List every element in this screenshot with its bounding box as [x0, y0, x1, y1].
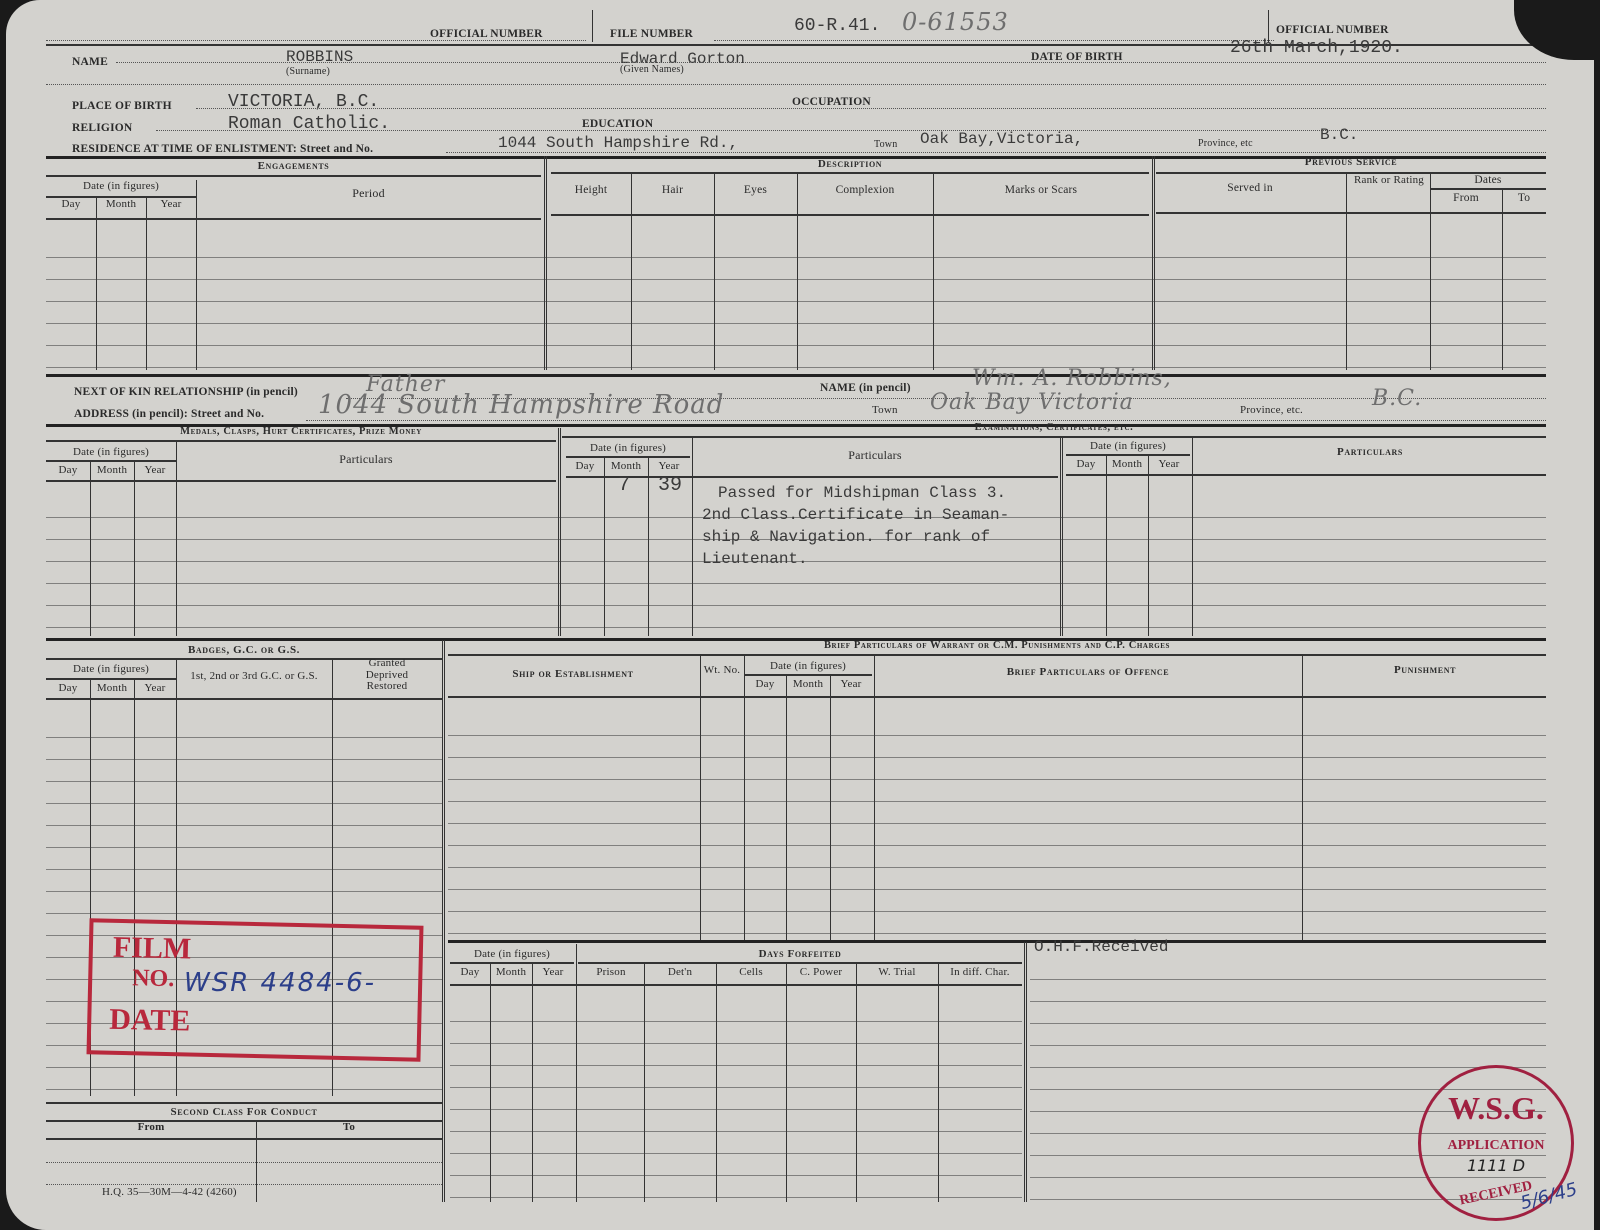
c-power-header: C. Power	[786, 966, 856, 978]
divider	[116, 62, 1546, 63]
punishments-title: Brief Particulars of Warrant or C.M. Pun…	[448, 640, 1546, 651]
medals-particulars-header: Particulars	[176, 452, 556, 467]
divider	[551, 172, 1149, 174]
service-record-card: OFFICIAL NUMBER FILE NUMBER 60-R.41. 0-6…	[6, 0, 1594, 1230]
description-height-header: Height	[551, 184, 631, 196]
medals-month-header: Month	[90, 464, 134, 476]
town-value: Oak Bay,Victoria,	[920, 130, 1083, 148]
nok-province-value: B.C.	[1372, 386, 1422, 411]
divider	[46, 175, 541, 177]
description-eyes-header: Eyes	[714, 184, 797, 196]
exam-entry-year: 39	[658, 474, 682, 497]
no-word: NO.	[132, 965, 175, 993]
second-class-title: Second Class For Conduct	[46, 1106, 442, 1118]
divider	[446, 152, 1546, 153]
dotted-rows	[46, 496, 1546, 636]
torn-corner	[1514, 0, 1594, 60]
divider	[744, 674, 872, 676]
exam-date-header: Date (in figures)	[566, 442, 690, 454]
badges-gc-header: 1st, 2nd or 3rd G.C. or G.S.	[184, 670, 324, 682]
nok-town-value: Oak Bay Victoria	[930, 390, 1134, 415]
name-label: NAME	[72, 56, 108, 68]
second-class-to-header: To	[256, 1121, 442, 1133]
divider	[46, 1138, 442, 1140]
religion-label: RELIGION	[72, 122, 132, 134]
divider	[714, 40, 1274, 41]
exam-right-particulars-header: Particulars	[1194, 446, 1546, 458]
exam-month-header: Month	[604, 460, 648, 472]
cells-header: Cells	[716, 966, 786, 978]
prison-header: Prison	[578, 966, 644, 978]
divider	[566, 456, 690, 458]
divider	[46, 1162, 442, 1163]
divider	[592, 10, 593, 42]
nok-address-label: ADDRESS (in pencil): Street and No.	[74, 408, 264, 420]
badges-month-header: Month	[90, 682, 134, 694]
film-number: WSR 4484-6-	[184, 968, 376, 998]
divider	[46, 698, 442, 700]
divider	[256, 1120, 257, 1202]
days-forfeited-title: Days Forfeited	[578, 948, 1022, 960]
nok-name-label: NAME (in pencil)	[820, 382, 911, 394]
wsg-title: W.S.G.	[1421, 1090, 1571, 1127]
film-word: FILM	[113, 931, 192, 967]
surname-caption: (Surname)	[286, 66, 330, 77]
divider	[1024, 942, 1027, 1202]
medals-day-header: Day	[46, 464, 90, 476]
detn-header: Det'n	[644, 966, 716, 978]
examinations-title: Examinations, Certificates, etc.	[562, 422, 1546, 433]
engagements-day-header: Day	[46, 198, 96, 210]
engagements-title: Engagements	[46, 160, 541, 172]
forfeit-day-header: Day	[450, 966, 490, 978]
divider	[46, 218, 541, 220]
divider	[448, 654, 1546, 656]
nok-province-label: Province, etc.	[1240, 404, 1303, 416]
province-label: Province, etc	[1198, 138, 1253, 149]
dates-header: Dates	[1430, 174, 1546, 186]
rank-header: Rank or Rating	[1351, 174, 1427, 186]
badges-date-header: Date (in figures)	[46, 663, 176, 675]
divider	[46, 84, 1546, 85]
divider	[551, 214, 1149, 216]
divider	[1430, 188, 1546, 190]
given-names-caption: (Given Names)	[620, 64, 684, 75]
nok-relationship-label: NEXT OF KIN RELATIONSHIP (in pencil)	[74, 386, 298, 398]
dotted-rows	[450, 1000, 1022, 1202]
ohf-received-note: O.H.F.Received	[1034, 938, 1168, 956]
dotted-rows	[46, 236, 1546, 370]
education-label: EDUCATION	[582, 118, 653, 130]
description-marks-header: Marks or Scars	[933, 184, 1149, 196]
divider	[46, 480, 556, 482]
wt-no-header: Wt. No.	[702, 664, 742, 676]
from-header: From	[1430, 192, 1502, 204]
divider	[46, 1184, 442, 1185]
second-class-from-header: From	[46, 1121, 256, 1133]
punishment-header: Punishment	[1304, 664, 1546, 676]
exam-right-month-header: Month	[1106, 458, 1148, 470]
place-of-birth-label: PLACE OF BIRTH	[72, 100, 172, 112]
official-number-label: OFFICIAL NUMBER	[430, 28, 543, 40]
exam-entry-month: 7	[618, 474, 630, 497]
divider	[450, 962, 574, 964]
engagements-year-header: Year	[146, 198, 196, 210]
medals-title: Medals, Clasps, Hurt Certificates, Prize…	[46, 426, 556, 437]
exam-year-header: Year	[648, 460, 690, 472]
in-diff-char-header: In diff. Char.	[938, 966, 1022, 978]
punish-day-header: Day	[744, 678, 786, 690]
forfeit-date-header: Date (in figures)	[450, 948, 574, 960]
official-number-right-label: OFFICIAL NUMBER	[1276, 24, 1389, 36]
divider	[448, 696, 1546, 698]
divider	[442, 640, 445, 1202]
divider	[46, 440, 556, 442]
residence-label: RESIDENCE AT TIME OF ENLISTMENT: Street …	[72, 143, 373, 155]
description-title: Description	[551, 158, 1149, 170]
previous-service-title: Previous Service	[1156, 156, 1546, 168]
dob-value: 26th March,1920.	[1230, 38, 1403, 58]
offence-header: Brief Particulars of Offence	[874, 666, 1302, 678]
nok-name-value: Wm. A. Robbins,	[972, 366, 1172, 391]
badges-year-header: Year	[134, 682, 176, 694]
forfeit-month-header: Month	[490, 966, 532, 978]
divider	[1066, 454, 1190, 456]
town-label: Town	[874, 139, 897, 150]
nok-town-label: Town	[872, 404, 898, 416]
badges-title: Badges, G.C. or G.S.	[46, 644, 442, 656]
dotted-rows	[448, 714, 1546, 940]
exam-day-header: Day	[566, 460, 604, 472]
to-header: To	[1502, 192, 1546, 204]
divider	[46, 40, 586, 41]
medals-year-header: Year	[134, 464, 176, 476]
badges-granted-header: Granted Deprived Restored	[352, 658, 422, 693]
province-value: B.C.	[1320, 126, 1358, 144]
punish-month-header: Month	[786, 678, 830, 690]
engagements-date-header: Date (in figures)	[46, 180, 196, 192]
medals-date-header: Date (in figures)	[46, 446, 176, 458]
ship-header: Ship or Establishment	[448, 668, 698, 680]
place-of-birth-value: VICTORIA, B.C.	[228, 92, 379, 112]
exam-particulars-header: Particulars	[692, 448, 1058, 463]
forfeit-year-header: Year	[532, 966, 574, 978]
divider	[306, 420, 1546, 421]
exam-right-year-header: Year	[1148, 458, 1190, 470]
wsg-application: APPLICATION	[1421, 1138, 1571, 1154]
file-number-value: 60-R.41.	[794, 16, 880, 36]
punish-date-header: Date (in figures)	[744, 660, 872, 672]
divider	[46, 678, 176, 680]
engagements-period-header: Period	[196, 186, 541, 201]
exam-right-day-header: Day	[1066, 458, 1106, 470]
divider	[46, 1102, 442, 1104]
residence-street: 1044 South Hampshire Rd.,	[498, 134, 738, 152]
divider	[566, 476, 1058, 478]
divider	[562, 436, 1546, 438]
form-code: H.Q. 35—30M—4-42 (4260)	[102, 1186, 237, 1198]
w-trial-header: W. Trial	[856, 966, 938, 978]
divider	[46, 374, 1546, 377]
exam-right-date-header: Date (in figures)	[1066, 440, 1190, 452]
punish-year-header: Year	[830, 678, 872, 690]
served-in-header: Served in	[1156, 182, 1344, 194]
file-number-label: FILE NUMBER	[610, 28, 693, 40]
religion-value: Roman Catholic.	[228, 114, 390, 134]
description-complexion-header: Complexion	[797, 184, 933, 196]
nok-address-value: 1044 South Hampshire Road	[318, 390, 724, 420]
badges-day-header: Day	[46, 682, 90, 694]
divider	[448, 940, 1546, 943]
divider	[46, 460, 176, 462]
surname-value: ROBBINS	[286, 48, 353, 66]
description-hair-header: Hair	[631, 184, 714, 196]
divider	[1066, 474, 1546, 476]
wsg-number: 1111 D	[1421, 1156, 1571, 1175]
occupation-label: OCCUPATION	[792, 96, 871, 108]
engagements-month-header: Month	[96, 198, 146, 210]
divider	[450, 984, 1022, 986]
divider	[196, 108, 1546, 109]
divider	[1156, 212, 1546, 214]
file-number-pencil: 0-61553	[902, 8, 1009, 36]
date-word: DATE	[109, 1003, 191, 1039]
